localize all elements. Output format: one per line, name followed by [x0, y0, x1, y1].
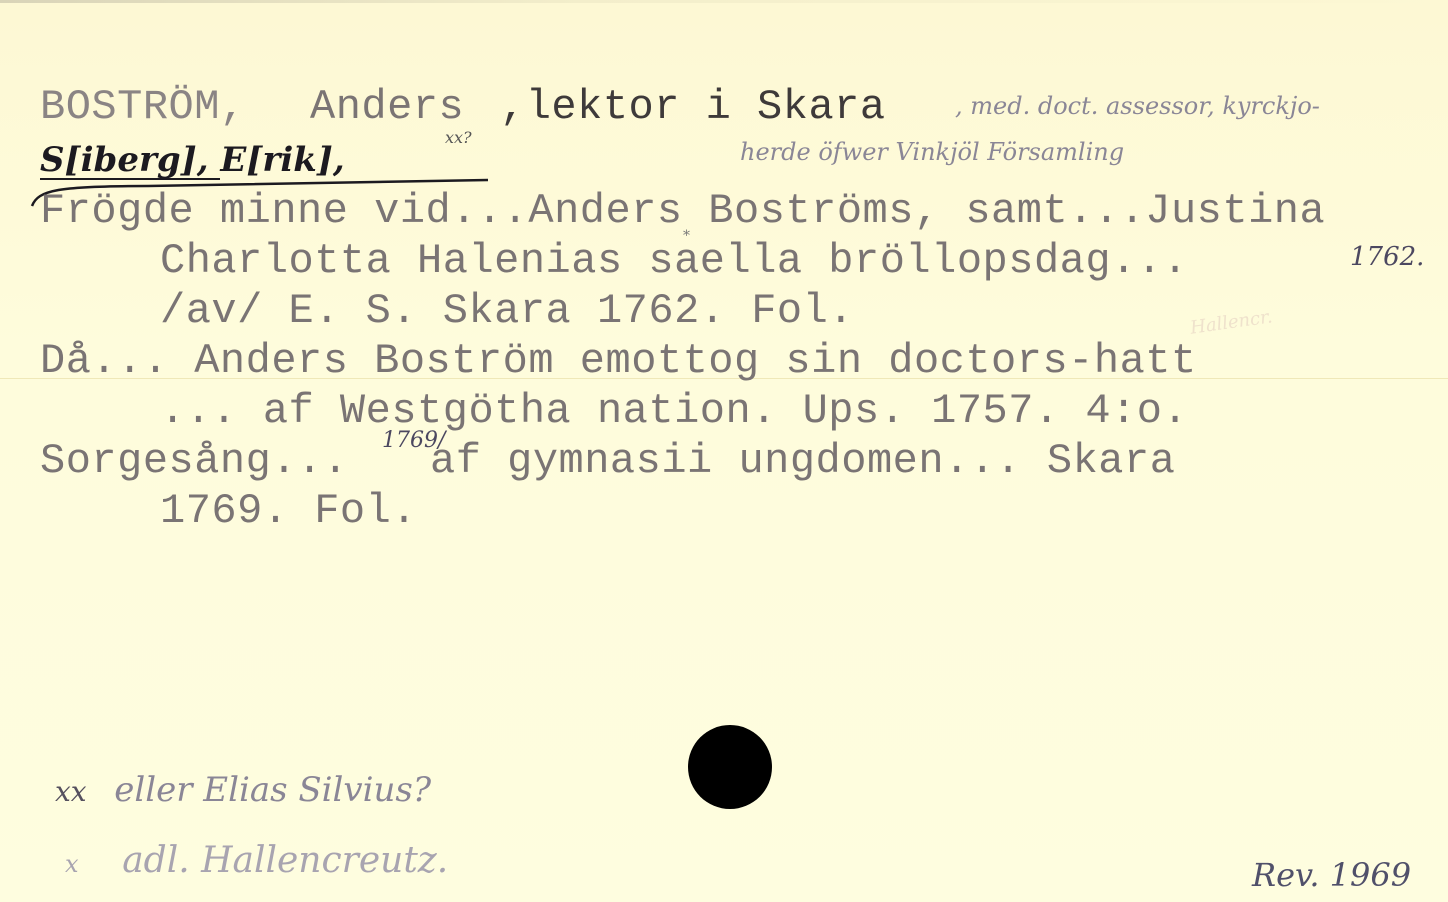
entry-1-asterisk: *: [683, 228, 690, 244]
footnote-2-marker: x: [65, 850, 79, 878]
entry-3-line-2: 1769. Fol.: [160, 486, 417, 536]
pseudonym-underline: [40, 178, 220, 180]
revision-note: Rev. 1969: [1252, 856, 1411, 894]
entry-1-line-3: /av/ E. S. Skara 1762. Fol.: [160, 286, 854, 336]
faint-stamp: Hallencr.: [1189, 306, 1274, 338]
punch-hole: [688, 725, 772, 809]
heading-given-name: Anders: [310, 82, 464, 132]
footnote-2: x adl. Hallencreutz.: [65, 840, 448, 881]
card-top-edge: [0, 0, 1448, 3]
heading-surname: BOSTRÖM,: [40, 82, 246, 132]
entry-3-line-1a: Sorgesång...: [40, 436, 348, 486]
entry-1-handwritten-year: 1762.: [1350, 242, 1424, 272]
catalog-card: BOSTRÖM, Anders ,lektor i Skara , med. d…: [0, 0, 1448, 902]
entry-2-line-2: ... af Westgötha nation. Ups. 1757. 4:o.: [160, 386, 1188, 436]
entry-1-line-2: Charlotta Halenias saella bröllopsdag...: [160, 236, 1188, 286]
footnote-1-text: eller Elias Silvius?: [114, 770, 431, 810]
heading-title: ,lektor i Skara: [500, 82, 886, 132]
entry-3-line-1b: af gymnasii ungdomen... Skara: [430, 436, 1175, 486]
entry-2-line-1: Då... Anders Boström emottog sin doctors…: [40, 336, 1197, 386]
pseudonym-superscript: xx?: [445, 128, 472, 147]
pseudonym-handwritten: S[iberg], E[rik],: [40, 140, 345, 180]
footnote-1: xx eller Elias Silvius?: [55, 770, 431, 810]
footnote-2-text: adl. Hallencreutz.: [122, 840, 448, 881]
footnote-1-marker: xx: [55, 775, 87, 808]
heading-annotation-line2: herde öfwer Vinkjöl Församling: [740, 138, 1124, 166]
heading-annotation-line1: , med. doct. assessor, kyrckjo-: [955, 92, 1320, 120]
